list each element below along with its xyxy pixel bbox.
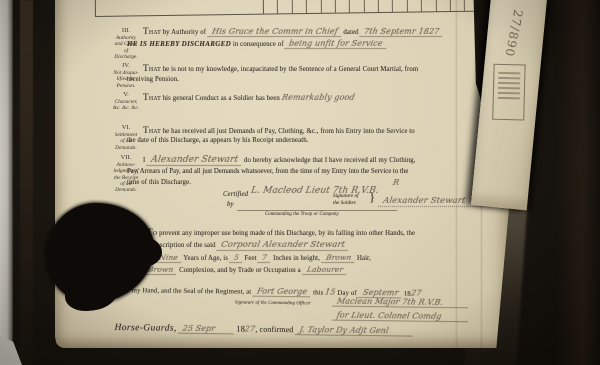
shadow-overlay — [556, 0, 600, 365]
handwritten-confirm-signature: J. Taylor Dy Adjt Genl — [294, 325, 414, 336]
folded-edge-strip: 27/890 — [471, 0, 548, 210]
handwritten-place: Fort George — [252, 287, 312, 298]
stamp-line — [498, 77, 520, 80]
printed-text: Signature of the Commanding Officer — [235, 300, 311, 306]
commanding-officer-signature: Maclean Major 7th R.V.B. — [333, 297, 469, 309]
discharge-document: In East or W. Indies - - - - - - - - - -… — [55, 0, 510, 348]
stamp-line — [498, 72, 520, 75]
commanding-officer-caption: Signature of the Commanding Officer — [235, 300, 311, 306]
bottom-block: Given under my Hand, and the Seal of the… — [54, 0, 514, 353]
ledger-number: 27/890 — [502, 8, 525, 58]
stamp-line — [498, 82, 520, 85]
photo-stage: In East or W. Indies - - - - - - - - - -… — [0, 0, 600, 365]
handwritten-day: 15 — [324, 288, 336, 297]
confirmation-line: Horse-Guards, 25 Sepr 1827, confirmed J.… — [114, 322, 413, 337]
stamp-line — [498, 87, 520, 90]
handwritten-year: 27 — [410, 289, 422, 298]
stamp-line — [498, 97, 520, 100]
stamp-line — [498, 92, 520, 95]
handwritten-co-signature: Maclean Major 7th R.V.B. — [332, 297, 470, 309]
handwritten-co-signature-2: for Lieut. Colonel Comdg — [332, 311, 470, 323]
commanding-officer-signature-2: for Lieut. Colonel Comdg — [333, 311, 469, 323]
photo-mat-edge — [0, 0, 13, 365]
backing-streak — [20, 0, 33, 365]
handwritten-confirm-date: 25 Sepr — [178, 324, 236, 335]
printed-text: , confirmed — [255, 325, 293, 334]
printed-text: this — [313, 289, 323, 296]
stamp-box — [492, 64, 525, 121]
horse-guards-label: Horse-Guards, — [114, 323, 176, 334]
